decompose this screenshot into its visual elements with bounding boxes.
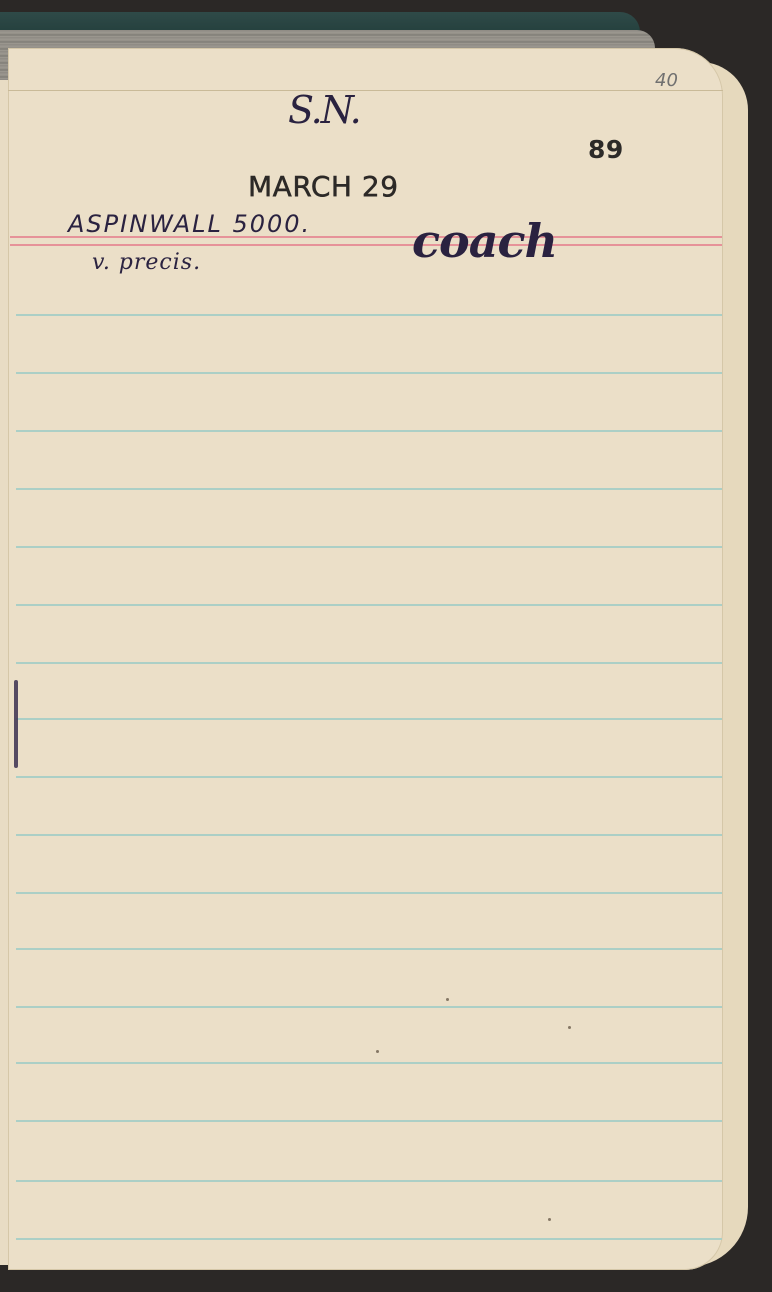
pencil-page-number: 40 (655, 70, 678, 91)
paper-speck (446, 998, 449, 1001)
blue-ruled-line (16, 948, 722, 950)
blue-ruled-line (16, 1120, 722, 1122)
blue-ruled-line (16, 1238, 722, 1240)
blue-ruled-line (16, 1062, 722, 1064)
blue-ruled-line (16, 892, 722, 894)
ink-mark-on-edge (14, 680, 18, 768)
blue-ruled-line (16, 546, 722, 548)
red-margin-rule (10, 244, 722, 246)
blue-ruled-line (16, 776, 722, 778)
handwritten-line-1: ASPINWALL 5000. (68, 210, 311, 238)
blue-ruled-line (16, 314, 722, 316)
blue-ruled-line (16, 1180, 722, 1182)
handwritten-line-2: v. precis. (92, 250, 201, 275)
blue-ruled-line (16, 604, 722, 606)
paper-speck (568, 1026, 571, 1029)
blue-ruled-line (16, 488, 722, 490)
paper-speck (548, 1218, 551, 1221)
handwritten-initials: S.N. (288, 88, 360, 132)
blue-ruled-line (16, 430, 722, 432)
blue-ruled-line (16, 372, 722, 374)
blue-ruled-line (16, 662, 722, 664)
blue-ruled-line (16, 718, 722, 720)
blue-ruled-line (16, 1006, 722, 1008)
handwritten-side-note: coach (412, 214, 557, 268)
date-heading: MARCH 29 (248, 170, 399, 203)
blue-ruled-line (16, 834, 722, 836)
printed-page-number: 89 (588, 135, 624, 164)
paper-speck (376, 1050, 379, 1053)
